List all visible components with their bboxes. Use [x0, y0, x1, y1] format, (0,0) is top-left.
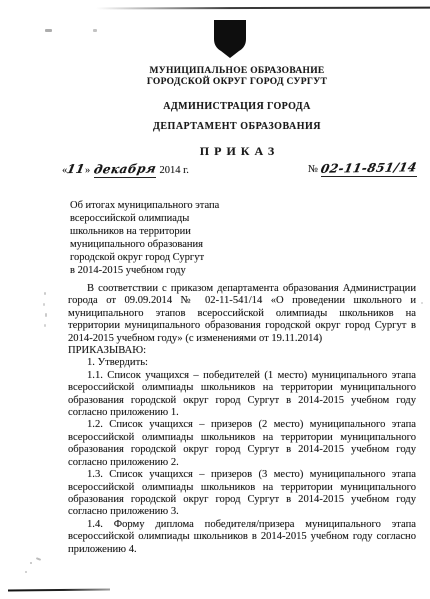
letterhead: МУНИЦИПАЛЬНОЕ ОБРАЗОВАНИЕ ГОРОДСКОЙ ОКРУ… [44, 66, 430, 158]
body-paragraph: 1.2. Список учащихся – призеров (2 место… [68, 419, 416, 469]
handwritten-number: 02-11-851/14 [319, 161, 417, 176]
document-number-line: № 02-11-851/14 [308, 162, 417, 177]
scan-edge-artifact [96, 7, 430, 9]
subject-line: школьников на территории [70, 225, 262, 238]
scan-noise [45, 29, 52, 32]
footnote-rule [8, 589, 110, 592]
order-subject: Об итогах муниципального этапавсероссийс… [70, 199, 262, 277]
body-paragraph: 1.3. Список учащихся – призеров (3 место… [68, 469, 416, 519]
body-paragraph: 1.4. Форму диплома победителя/призера му… [68, 519, 416, 556]
org-name-line1: МУНИЦИПАЛЬНОЕ ОБРАЗОВАНИЕ [44, 66, 430, 77]
scan-noise [30, 562, 32, 564]
scan-noise [36, 557, 41, 561]
scan-noise [45, 313, 47, 317]
document-type-title: ПРИКАЗ [44, 145, 430, 158]
scan-noise [44, 324, 46, 327]
body-paragraph: 1.1. Список учащихся – победителей (1 ме… [68, 370, 416, 420]
coat-of-arms-icon [213, 19, 247, 59]
body-paragraph: ПРИКАЗЫВАЮ: [68, 345, 416, 357]
scan-noise [93, 29, 97, 32]
scan-noise [43, 303, 45, 306]
scan-noise [25, 571, 27, 573]
date-quote-close: » [85, 165, 90, 176]
handwritten-month-underlined: декабря [94, 163, 156, 178]
org-name-line2: ГОРОДСКОЙ ОКРУГ ГОРОД СУРГУТ [44, 77, 430, 88]
body-paragraph: В соответствии с приказом департамента о… [68, 283, 416, 345]
handwritten-number-underlined: 02-11-851/14 [321, 162, 417, 177]
subject-line: всероссийской олимпиады [70, 212, 262, 225]
handwritten-day: 11 [66, 162, 86, 176]
order-body: В соответствии с приказом департамента о… [68, 283, 416, 556]
body-paragraph: 1. Утвердить: [68, 357, 416, 369]
date-line: «11» декабря 2014 г. [62, 162, 189, 178]
scan-noise [421, 302, 423, 304]
handwritten-month: декабря [92, 162, 157, 176]
subject-line: Об итогах муниципального этапа [70, 199, 262, 212]
administration-line: АДМИНИСТРАЦИЯ ГОРОДА [44, 101, 430, 112]
number-label: № [308, 164, 318, 175]
subject-line: в 2014-2015 учебном году [70, 264, 262, 277]
scan-noise [44, 292, 46, 295]
department-line: ДЕПАРТАМЕНТ ОБРАЗОВАНИЯ [44, 121, 430, 132]
date-year: 2014 г. [159, 165, 188, 176]
scanned-order-document: МУНИЦИПАЛЬНОЕ ОБРАЗОВАНИЕ ГОРОДСКОЙ ОКРУ… [0, 0, 430, 599]
subject-line: городской округ город Сургут [70, 251, 262, 264]
subject-line: муниципального образования [70, 238, 262, 251]
